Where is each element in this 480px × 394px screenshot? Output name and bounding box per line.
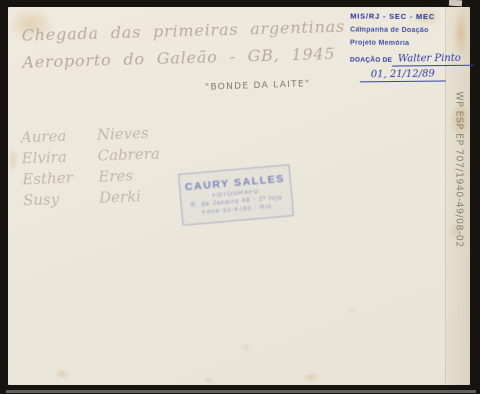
last-name: Derki [99, 186, 142, 208]
stamp-campaign-line: Campanha de Doação [350, 27, 474, 35]
catalog-number: WP ESP EP 707/1940-49/08-02 [454, 85, 465, 255]
donation-stamp: MIS/RJ - SEC - MEC Campanha de Doação Pr… [350, 12, 474, 83]
first-name: Susy [23, 188, 100, 212]
last-name: Eres [98, 166, 133, 188]
handwritten-caption: Chegada das primeiras argentinas - Aerop… [21, 12, 364, 76]
handwritten-quote: "BONDE DA LAITE" [205, 79, 311, 93]
donor-name-handwritten: Walter Pinto [392, 53, 474, 67]
adjacent-page-edge [449, 0, 462, 6]
stain [54, 369, 70, 379]
scanner-edge [6, 390, 476, 393]
first-name: Esther [22, 167, 99, 191]
stain [302, 373, 320, 382]
donation-label: DOAÇÃO DE [350, 57, 392, 66]
stain [8, 147, 18, 173]
stamp-project-line: Projeto Memória [350, 40, 474, 48]
last-name: Nieves [97, 123, 150, 146]
stamp-org-line: MIS/RJ - SEC - MEC [350, 12, 474, 22]
name-row: Susy Derki [23, 186, 162, 212]
first-name: Aurea [21, 125, 98, 149]
donation-date-handwritten: 01, 21/12/89 [360, 68, 446, 82]
stain [240, 343, 252, 351]
photo-back-paper: Chegada das primeiras argentinas - Aerop… [8, 7, 470, 385]
stain [348, 307, 357, 314]
last-name: Cabrera [97, 144, 160, 167]
scan-background: Chegada das primeiras argentinas - Aerop… [0, 0, 480, 394]
stamp-donation-row: DOAÇÃO DE Walter Pinto [350, 53, 474, 67]
stain [204, 377, 214, 384]
names-list: Aurea Nieves Elvira Cabrera Esther Eres … [21, 123, 162, 212]
photographer-stamp: CAURY SALLES FOTOGRAFO R. de Janeiro 48 … [178, 164, 294, 226]
first-name: Elvira [21, 146, 98, 170]
